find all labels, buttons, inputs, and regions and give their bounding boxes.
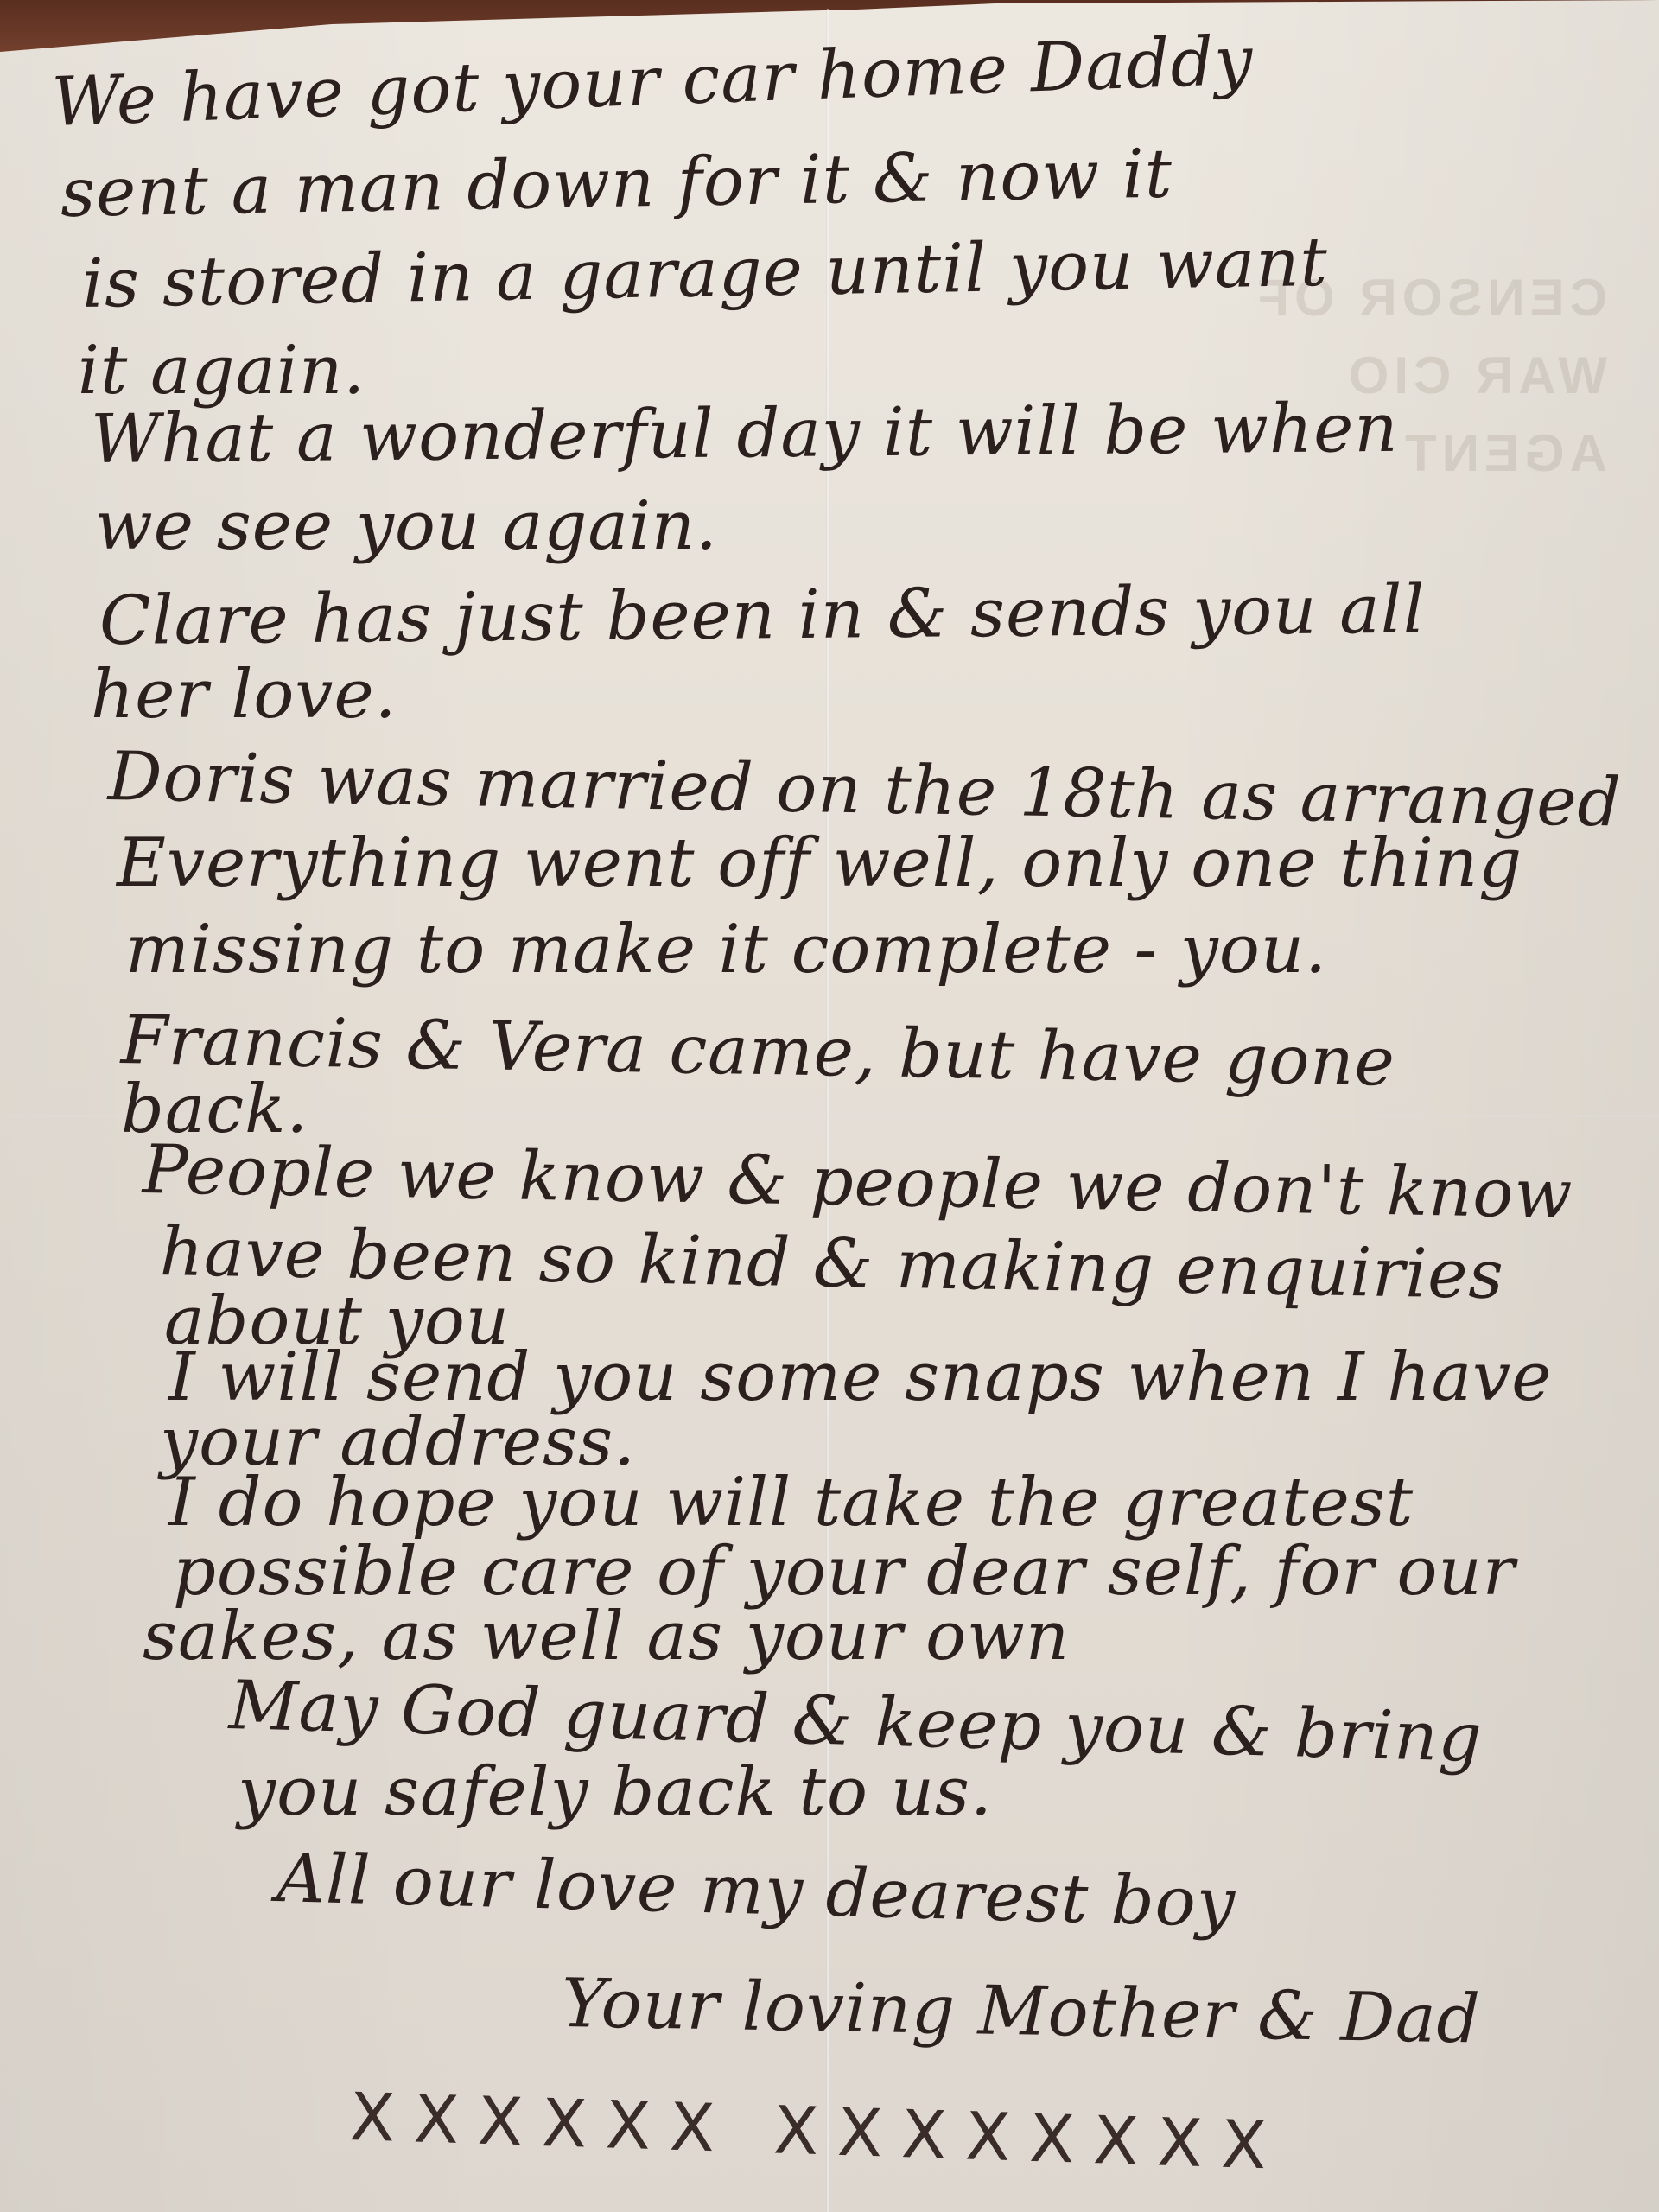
letter-line: What a wonderful day it will be when [91, 395, 1399, 474]
letter-line: All our love my dearest boy [276, 1845, 1236, 1937]
letter-line: her love. [91, 661, 397, 728]
letter-line: We have got your car home Daddy [51, 27, 1255, 137]
letter-line: we see you again. [95, 493, 718, 560]
letter-line: missing to make it complete - you. [125, 916, 1327, 983]
kisses-row: XXXXXX XXXXXXXX [349, 2078, 1287, 2184]
letter-line: Everything went off well, only one thing [117, 829, 1522, 897]
letter-line: Doris was married on the 18th as arrange… [107, 743, 1622, 837]
letter-line: you safely back to us. [238, 1758, 993, 1826]
letter-line: I do hope you will take the greatest [168, 1469, 1414, 1536]
letter-line: Clare has just been in & sends you all [99, 576, 1426, 655]
letter-line: is stored in a garage until you want [81, 229, 1328, 318]
handwritten-letter: We have got your car home Daddy sent a m… [0, 0, 1659, 2212]
letter-line: it again. [78, 337, 365, 404]
letter-signature: Your loving Mother & Dad [561, 1970, 1481, 2054]
letter-line: People we know & people we don't know [142, 1136, 1573, 1229]
letter-line: sent a man down for it & now it [60, 141, 1173, 227]
letter-line: possible care of your dear self, for our [173, 1538, 1516, 1605]
letter-line: sakes, as well as your own [143, 1603, 1070, 1670]
letter-line: I will send you some snaps when I have [168, 1344, 1552, 1411]
letter-line: Francis & Vera came, but have gone [120, 1007, 1395, 1096]
